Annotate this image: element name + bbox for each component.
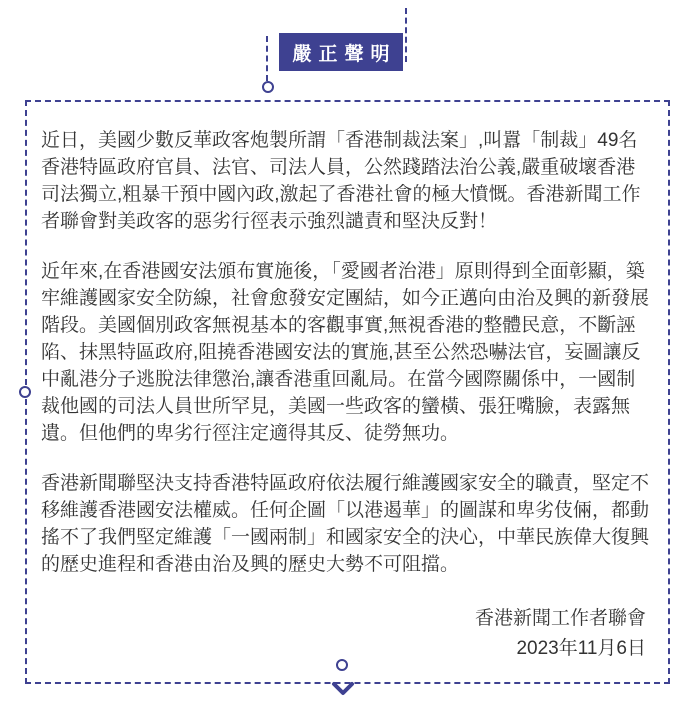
badge-dashed-connector-line (266, 36, 268, 81)
connector-circle-bottom (336, 659, 348, 671)
connector-circle-left (19, 386, 31, 398)
statement-paragraph-3: 香港新聞聯堅決支持香港特區政府依法履行維護國家安全的職責，堅定不移維護香港國安法… (41, 470, 654, 578)
statement-body-box: 近日，美國少數反華政客炮製所謂「香港制裁法案」,叫囂「制裁」49名香港特區政府官… (25, 100, 670, 684)
top-dashed-connector-line (405, 8, 407, 62)
chevron-down-icon (331, 681, 355, 697)
statement-page: { "page": { "background": "#ffffff", "ac… (0, 0, 699, 713)
signature-organization: 香港新聞工作者聯會 (41, 604, 646, 634)
statement-paragraph-2: 近年來,在香港國安法頒布實施後，「愛國者治港」原則得到全面彰顯，築牢維護國家安全… (41, 258, 654, 447)
statement-title-label: 嚴正聲明 (285, 39, 396, 66)
statement-paragraph-1: 近日，美國少數反華政客炮製所謂「香港制裁法案」,叫囂「制裁」49名香港特區政府官… (41, 127, 654, 235)
statement-title-badge: 嚴正聲明 (279, 33, 403, 71)
connector-circle-top (262, 81, 274, 93)
signature-block: 香港新聞工作者聯會 2023年11月6日 (41, 604, 654, 664)
